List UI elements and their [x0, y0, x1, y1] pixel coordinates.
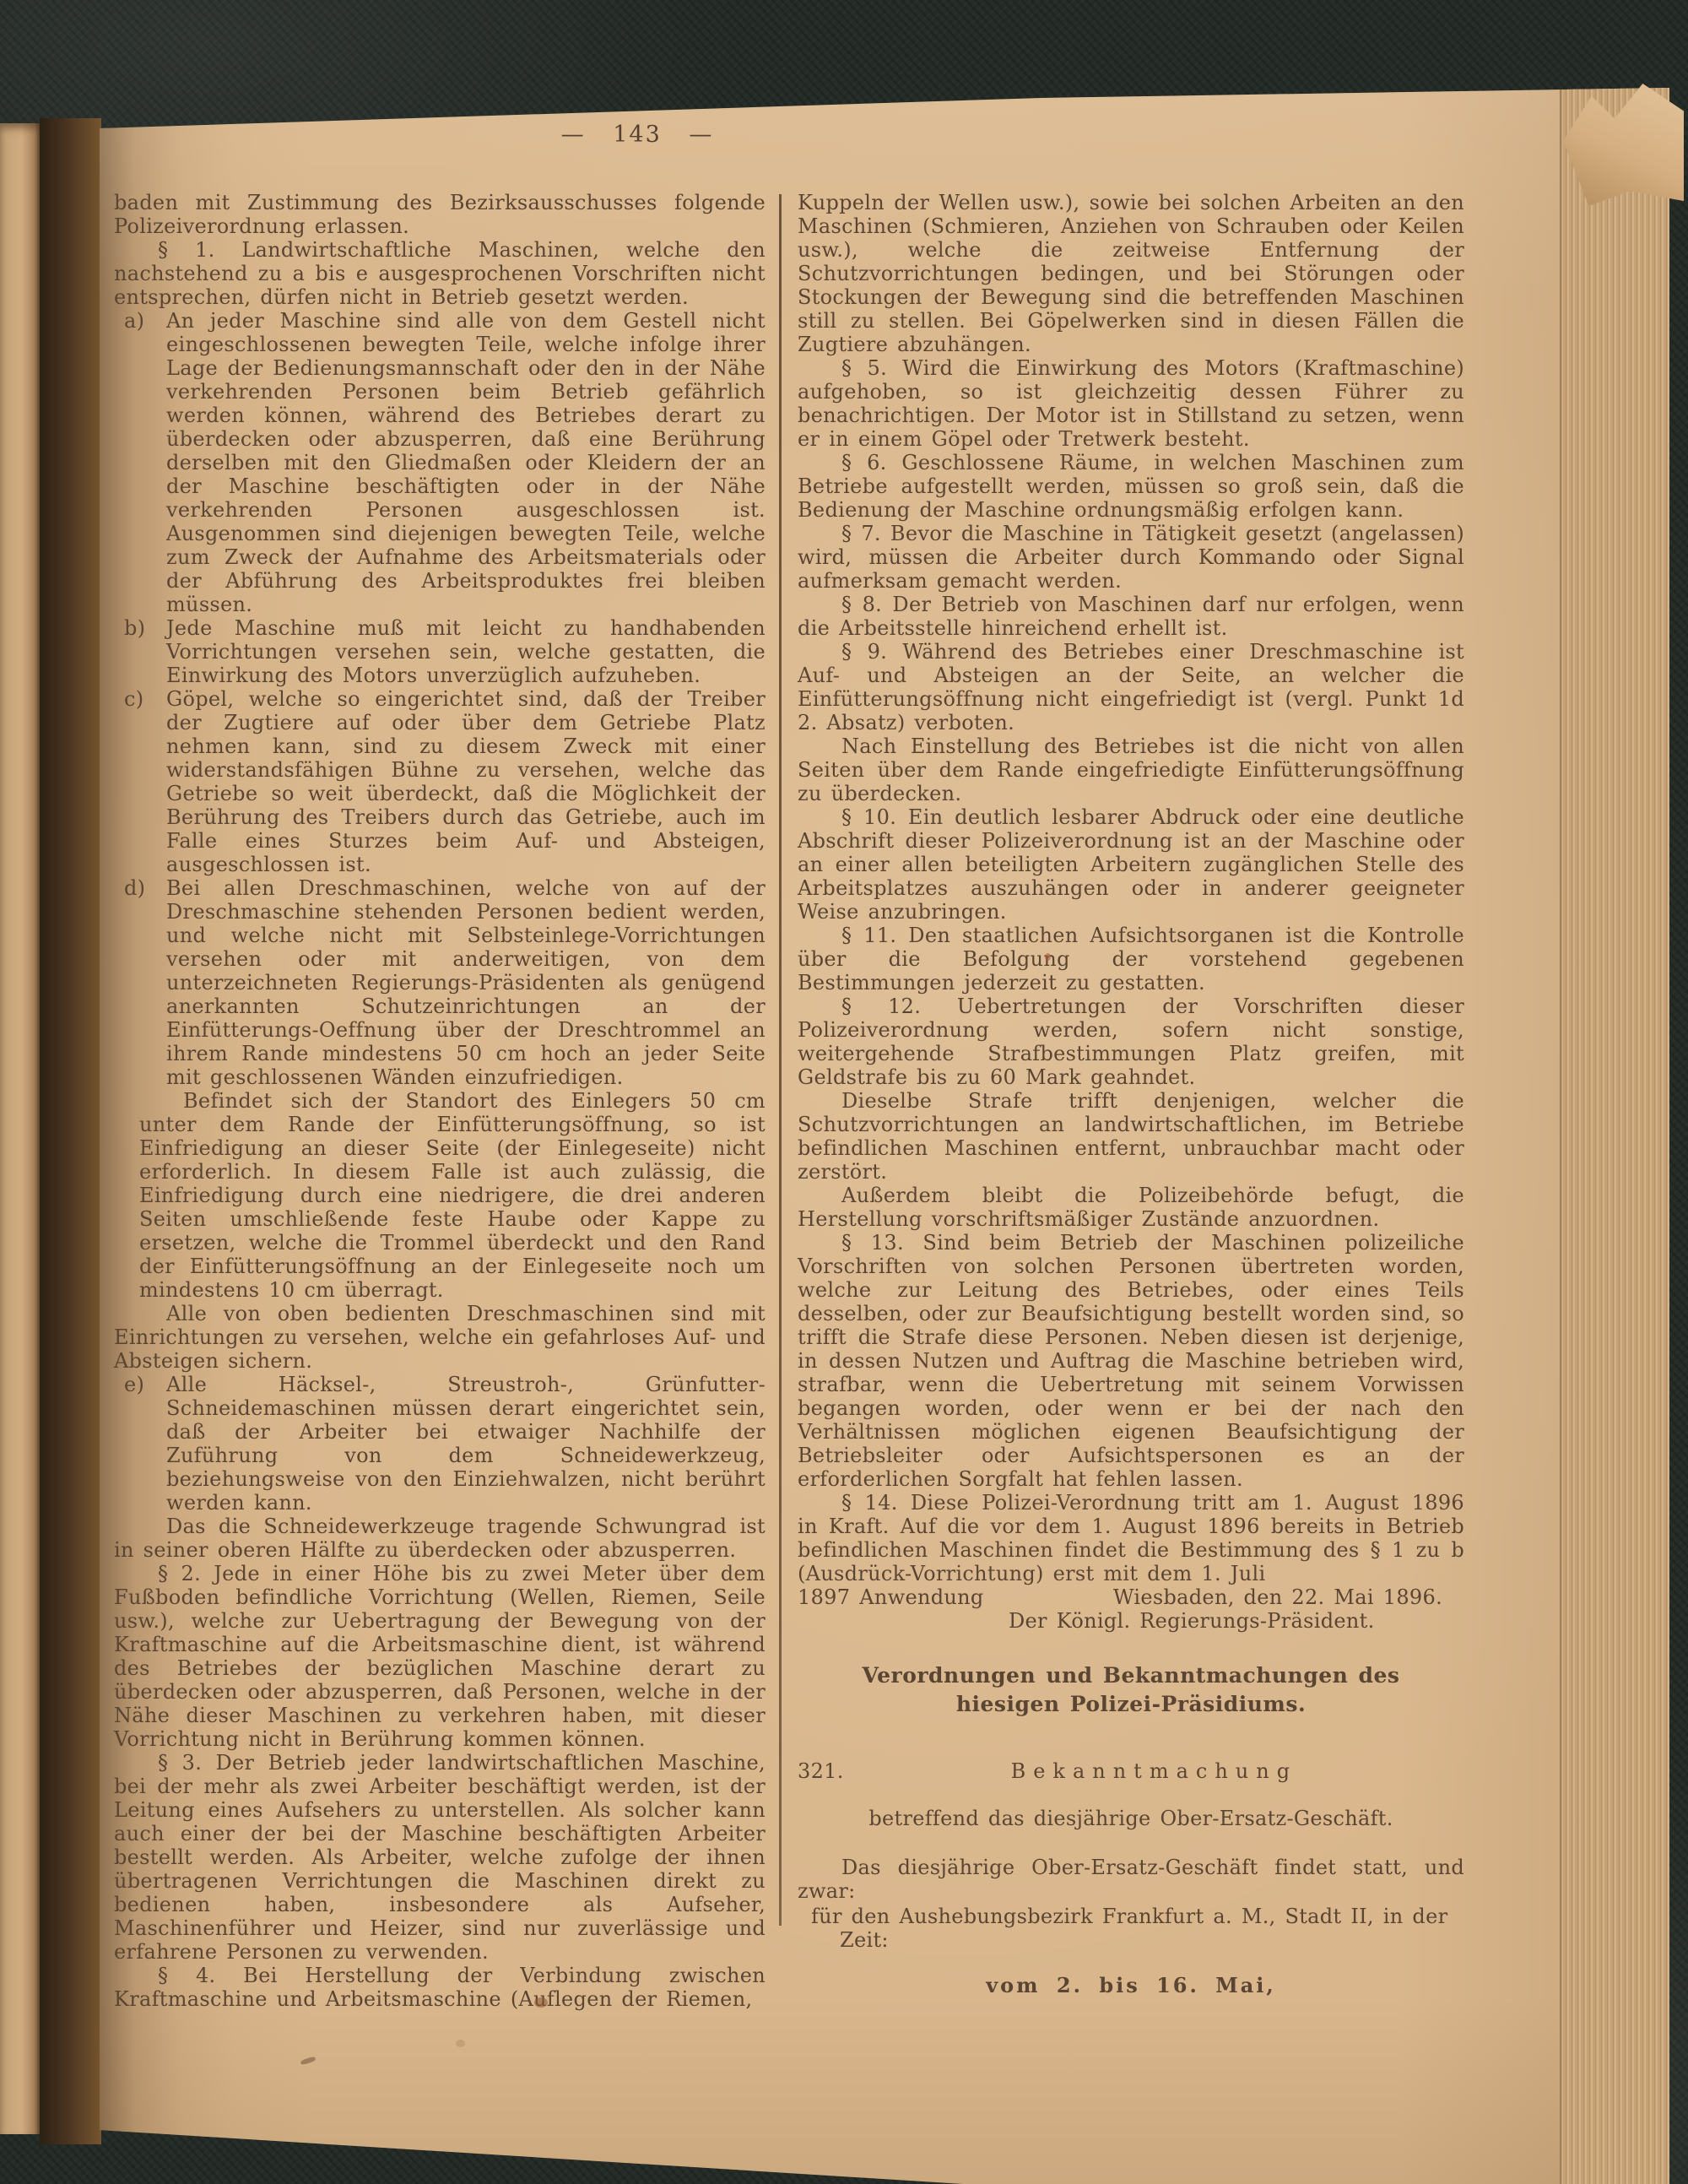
book-gutter-shadow — [40, 118, 101, 2144]
scanned-book-page: — 143 — baden mit Zustimmung des Bezirks… — [100, 88, 1669, 2184]
dateline-place-date: Wiesbaden, den 22. Mai 1896. — [1113, 1585, 1442, 1609]
left-column: baden mit Zustimmung des Bezirksausschus… — [114, 191, 766, 2011]
notice-date-range: vom 2. bis 16. Mai, — [798, 1974, 1464, 1997]
paragraph-s10: § 10. Ein deutlich lesbarer Abdruck oder… — [798, 805, 1464, 924]
paragraph-s7: § 7. Bevor die Maschine in Tätigkeit ges… — [798, 522, 1464, 593]
paper-stain — [456, 2040, 465, 2047]
list-item-a-text: An jeder Maschine sind alle von dem Gest… — [166, 309, 766, 616]
list-item-c: c)Göpel, welche so eingerichtet sind, da… — [114, 687, 766, 876]
list-item-d-text: Bei allen Dreschmaschinen, welche von au… — [166, 876, 766, 1089]
page-number: — 143 — — [468, 122, 806, 148]
previous-page-sliver — [0, 123, 40, 2134]
page-stack-edges — [1560, 88, 1669, 2184]
paragraph-s12b: Dieselbe Strafe trifft denjenigen, welch… — [798, 1089, 1464, 1184]
notice-paragraph-1: Das diesjährige Ober-Ersatz-Geschäft fin… — [798, 1856, 1464, 1903]
dateline-continuation: 1897 Anwendung — [798, 1585, 984, 1609]
list-item-d: d)Bei allen Dreschmaschinen, welche von … — [114, 876, 766, 1089]
list-item-e-label: e) — [124, 1373, 144, 1396]
paragraph-s6: § 6. Geschlossene Räume, in welchen Masc… — [798, 451, 1464, 522]
paragraph-s1: § 1. Landwirtschaftliche Maschinen, welc… — [114, 238, 766, 309]
paragraph-s2: § 2. Jede in einer Höhe bis zu zwei Mete… — [114, 1562, 766, 1751]
dateline-row: 1897 AnwendungWiesbaden, den 22. Mai 189… — [798, 1585, 1464, 1609]
list-item-b: b)Jede Maschine muß mit leicht zu handha… — [114, 616, 766, 687]
list-item-a-label: a) — [124, 309, 144, 333]
paragraph-s8: § 8. Der Betrieb von Maschinen darf nur … — [798, 593, 1464, 640]
paragraph-s9b: Nach Einstellung des Betriebes ist die n… — [798, 734, 1464, 805]
notice-title: Bekanntmachung — [844, 1759, 1464, 1783]
signature-line: Der Königl. Regierungs-Präsident. — [798, 1609, 1464, 1633]
paragraph-d-sub1: Befindet sich der Standort des Einlegers… — [114, 1089, 766, 1302]
list-item-b-text: Jede Maschine muß mit leicht zu handhabe… — [166, 616, 766, 687]
scanned-book-photo: { "page": { "number": "143", "header_dis… — [0, 0, 1688, 2184]
notice-subtitle: betreffend das diesjährige Ober-Ersatz-G… — [798, 1807, 1464, 1830]
list-item-e: e)Alle Häcksel-, Streustroh-, Grünfutter… — [114, 1373, 766, 1515]
notice-header-row: 321.Bekanntmachung — [798, 1759, 1464, 1783]
paragraph-s11: § 11. Den staatlichen Aufsichtsorganen i… — [798, 924, 1464, 994]
paragraph-d-sub2: Alle von oben bedienten Dreschmaschinen … — [114, 1302, 766, 1373]
paragraph-continuation-right: Kuppeln der Wellen usw.), sowie bei solc… — [798, 191, 1464, 356]
list-item-c-text: Göpel, welche so eingerichtet sind, daß … — [166, 687, 766, 876]
section-heading: Verordnungen und Bekanntmachungen des hi… — [823, 1661, 1439, 1719]
paragraph-s14: § 14. Diese Polizei-Verordnung tritt am … — [798, 1491, 1464, 1585]
paper-stain — [1045, 953, 1051, 961]
notice-number: 321. — [798, 1759, 844, 1783]
list-item-a: a)An jeder Maschine sind alle von dem Ge… — [114, 309, 766, 616]
paper-stain — [534, 1997, 548, 2008]
column-divider-rule — [779, 194, 782, 1926]
paragraph-s5: § 5. Wird die Einwirkung des Motors (Kra… — [798, 356, 1464, 451]
list-item-e-text: Alle Häcksel-, Streustroh-, Grünfutter-S… — [166, 1373, 766, 1515]
paragraph-s9: § 9. Während des Betriebes einer Dreschm… — [798, 640, 1464, 734]
paragraph-e-sub: Das die Schneidewerkzeuge tragende Schwu… — [114, 1515, 766, 1562]
paragraph-s12c: Außerdem bleibt die Polizeibehörde befug… — [798, 1184, 1464, 1231]
paragraph-s3: § 3. Der Betrieb jeder landwirtschaftlic… — [114, 1751, 766, 1964]
notice-paragraph-2: für den Aushebungsbezirk Frankfurt a. M.… — [798, 1905, 1464, 1952]
paragraph-s13: § 13. Sind beim Betrieb der Maschinen po… — [798, 1231, 1464, 1491]
paragraph-s12: § 12. Uebertretungen der Vorschriften di… — [798, 994, 1464, 1089]
right-column: Kuppeln der Wellen usw.), sowie bei solc… — [798, 191, 1464, 1997]
paragraph-continuation: baden mit Zustimmung des Bezirksausschus… — [114, 191, 766, 238]
paragraph-s4: § 4. Bei Herstellung der Verbindung zwis… — [114, 1964, 766, 2011]
list-item-c-label: c) — [124, 687, 143, 711]
list-item-b-label: b) — [124, 616, 145, 640]
list-item-d-label: d) — [124, 876, 145, 900]
